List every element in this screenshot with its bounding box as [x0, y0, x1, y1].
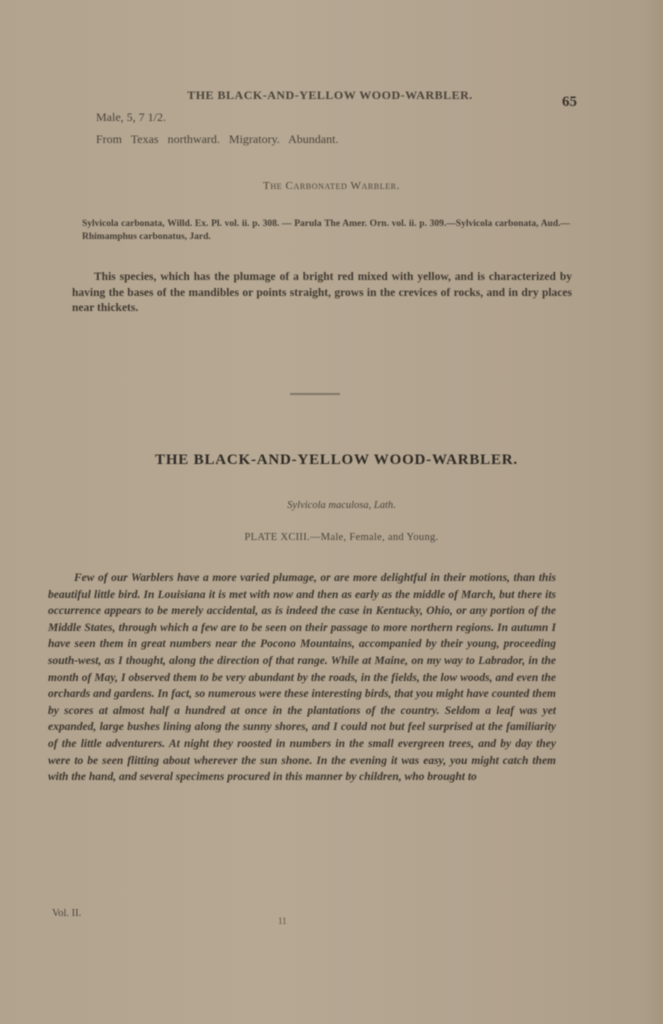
synonymy-text: Sylvicola carbonata, Willd. Ex. Pl. vol.… — [82, 218, 570, 244]
volume-signature: Vol. II. — [52, 908, 81, 919]
binomial-name: Sylvicola maculosa, Lath. — [0, 500, 663, 511]
running-head: THE BLACK-AND-YELLOW WOOD-WARBLER. — [160, 88, 500, 103]
plate-caption: PLATE XCIII.—Male, Female, and Young. — [0, 532, 663, 543]
page-number: 65 — [562, 94, 577, 111]
measurement-line: Male, 5, 7 1/2. — [96, 110, 166, 125]
signature-mark: 11 — [278, 916, 287, 926]
range-line: From Texas northward. Migratory. Abundan… — [96, 132, 338, 147]
page-edge-shadow — [643, 0, 663, 1024]
book-page: THE BLACK-AND-YELLOW WOOD-WARBLER. 65 Ma… — [0, 0, 663, 1024]
section-divider — [290, 393, 340, 395]
article-title: THE BLACK-AND-YELLOW WOOD-WARBLER. — [0, 452, 663, 469]
species-paragraph: This species, which has the plumage of a… — [72, 270, 572, 317]
article-body: Few of our Warblers have a more varied p… — [48, 570, 556, 786]
section-title: The Carbonated Warbler. — [0, 180, 663, 192]
